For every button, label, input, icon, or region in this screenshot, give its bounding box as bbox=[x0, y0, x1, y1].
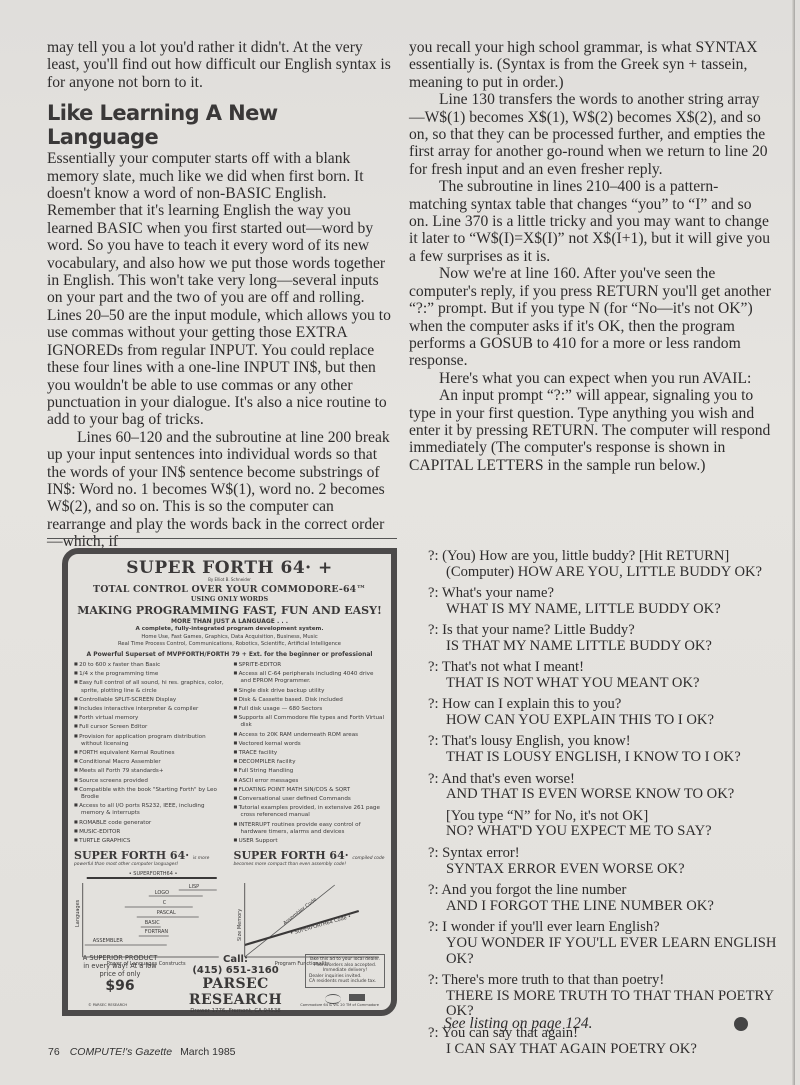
promo-line: A SUPERIOR PRODUCT bbox=[74, 954, 166, 962]
ad-headline: TOTAL CONTROL OVER YOUR COMMODORE-64™ bbox=[68, 584, 391, 595]
ad-fineprint: © PARSEC RESEARCH Commodore 64 & VIC 20 … bbox=[88, 1003, 379, 1007]
right-column: you recall your high school grammar, is … bbox=[409, 39, 771, 474]
claim-right: SUPER FORTH 64· compiled code becomes mo… bbox=[234, 849, 386, 867]
feature-item: Compatible with the book "Starting Forth… bbox=[74, 785, 226, 801]
left-column: may tell you a lot you'd rather it didn'… bbox=[47, 39, 395, 551]
sample-run: ?: (You) How are you, little buddy? [Hit… bbox=[428, 549, 783, 1063]
body-paragraph: An input prompt “?:” will appear, signal… bbox=[409, 387, 771, 474]
visa-logo-icon bbox=[349, 994, 365, 1001]
dealer-line: Phone orders also accepted. Immediate de… bbox=[309, 963, 381, 974]
feature-item: Tutorial examples provided, in extensive… bbox=[234, 803, 386, 819]
claim-right-tail: compiled code bbox=[352, 856, 384, 861]
feature-item: DECOMPILER facility bbox=[234, 757, 386, 766]
superforth-code-label: • SUPERFORTH64 Code • bbox=[289, 914, 351, 937]
ad-uses-line: Home Use, Fast Games, Graphics, Data Acq… bbox=[68, 634, 391, 641]
ad-copyright: © PARSEC RESEARCH bbox=[88, 1003, 127, 1007]
ad-subheadline: USING ONLY WORDS bbox=[68, 595, 391, 603]
label-c: C bbox=[163, 900, 167, 906]
ad-divider-rule bbox=[47, 538, 397, 539]
claim-left-sub: powerful than most other computer langua… bbox=[74, 862, 226, 867]
ad-trademark: Commodore 64 & VIC 20 TM of Commodore bbox=[300, 1003, 379, 1007]
feature-list-left: 20 to 600 x faster than Basic1/4 x the p… bbox=[74, 660, 226, 845]
see-listing-note: See listing on page 124. bbox=[444, 1015, 593, 1033]
label-lisp: LISP bbox=[189, 884, 199, 890]
dialogue-entry: ?: Is that your name? Little Buddy?IS TH… bbox=[428, 623, 783, 655]
feature-item: Conditional Macro Assembler bbox=[74, 757, 226, 766]
user-input: ?: (You) How are you, little buddy? [Hit… bbox=[428, 549, 783, 565]
label-basic: BASIC bbox=[145, 920, 160, 926]
page-number: 76 bbox=[48, 1046, 60, 1058]
feature-item: Conversational user defined Commands bbox=[234, 794, 386, 803]
magazine-name: COMPUTE!'s Gazette bbox=[70, 1046, 172, 1058]
dialogue-entry: ?: That's lousy English, you know!THAT I… bbox=[428, 734, 783, 766]
assembler-code-label: Assembler Code bbox=[282, 897, 318, 927]
feature-item: 1/4 x the programming time bbox=[74, 669, 226, 678]
feature-item: Easy full control of all sound, hi res. … bbox=[74, 678, 226, 694]
label-assembler: ASSEMBLER bbox=[93, 938, 124, 944]
user-input: ?: Is that your name? Little Buddy? bbox=[428, 623, 783, 639]
page-edge-shadow bbox=[792, 0, 795, 1085]
feature-item: Full cursor Screen Editor bbox=[74, 722, 226, 731]
gazette-end-mark-icon bbox=[734, 1017, 748, 1031]
dialogue-entry: ?: That's not what I meant!THAT IS NOT W… bbox=[428, 660, 783, 692]
dialogue-entry: ?: How can I explain this to you?HOW CAN… bbox=[428, 697, 783, 729]
feature-item: Supports all Commodore file types and Fo… bbox=[234, 713, 386, 729]
feature-item: Access all C-64 peripherals including 40… bbox=[234, 669, 386, 685]
claim-left-tail: is more bbox=[193, 856, 209, 861]
claim-left-head: SUPER FORTH 64· bbox=[74, 849, 189, 862]
company-address: Drawer 1776, Fremont, CA 94538 bbox=[166, 1008, 305, 1014]
claim-right-sub: becomes more compact than even assembly … bbox=[234, 862, 386, 867]
section-heading: Like Learning A New Language bbox=[47, 101, 395, 149]
body-paragraph: you recall your high school grammar, is … bbox=[409, 39, 771, 91]
y-axis-label: Size Memory bbox=[236, 909, 242, 941]
ad-tagline-2: A complete, fully-integrated program dev… bbox=[68, 626, 391, 632]
dialogue-entry: ?: What's your name?WHAT IS MY NAME, LIT… bbox=[428, 586, 783, 618]
ad-claims: SUPER FORTH 64· is more powerful than mo… bbox=[68, 849, 391, 867]
user-input: ?: Syntax error! bbox=[428, 846, 783, 862]
super-forth-advertisement: SUPER FORTH 64· + By Elliot B. Schneider… bbox=[62, 548, 397, 1016]
computer-response: AND THAT IS EVEN WORSE KNOW TO OK? bbox=[428, 787, 783, 803]
y-axis-label: Languages bbox=[75, 900, 81, 928]
feature-item: Forth virtual memory bbox=[74, 713, 226, 722]
computer-response: NO? WHAT'D YOU EXPECT ME TO SAY? bbox=[428, 824, 783, 840]
dealer-line: CA residents must include tax. bbox=[309, 979, 381, 985]
ad-uses: Home Use, Fast Games, Graphics, Data Acq… bbox=[68, 634, 391, 648]
feature-item: TRACE facility bbox=[234, 748, 386, 757]
feature-item: TURTLE GRAPHICS bbox=[74, 836, 226, 845]
claim-right-head: SUPER FORTH 64· bbox=[234, 849, 349, 862]
dialogue-entry: ?: And that's even worse!AND THAT IS EVE… bbox=[428, 772, 783, 804]
feature-item: Meets all Forth 79 standards+ bbox=[74, 766, 226, 775]
issue-date: March 1985 bbox=[180, 1046, 235, 1058]
dialogue-entry: ?: (You) How are you, little buddy? [Hit… bbox=[428, 549, 783, 581]
dealer-line: Take this ad to your local dealer. bbox=[309, 957, 381, 963]
user-input: ?: I wonder if you'll ever learn English… bbox=[428, 920, 783, 936]
computer-response: AND I FORGOT THE LINE NUMBER OK? bbox=[428, 899, 783, 915]
user-input: ?: That's not what I meant! bbox=[428, 660, 783, 676]
feature-item: Includes interactive interpreter & compi… bbox=[74, 704, 226, 713]
feature-item: ROMABLE code generator bbox=[74, 818, 226, 827]
ad-feature-columns: 20 to 600 x faster than Basic1/4 x the p… bbox=[68, 660, 391, 845]
feature-item: Source screens provided bbox=[74, 776, 226, 785]
feature-item: Single disk drive backup utility bbox=[234, 686, 386, 695]
user-input: ?: That's lousy English, you know! bbox=[428, 734, 783, 750]
claim-left: SUPER FORTH 64· is more powerful than mo… bbox=[74, 849, 226, 867]
ad-title: SUPER FORTH 64· + bbox=[68, 558, 391, 578]
label-fortran: FORTRAN bbox=[145, 929, 169, 935]
user-input: ?: There's more truth to that than poetr… bbox=[428, 973, 783, 989]
price: $96 bbox=[74, 982, 166, 990]
body-paragraph: The subroutine in lines 210–400 is a pat… bbox=[409, 178, 771, 265]
feature-item: Disk & Cassette based. Disk included bbox=[234, 695, 386, 704]
computer-response: WHAT IS MY NAME, LITTLE BUDDY OK? bbox=[428, 602, 783, 618]
label-logo: LOGO bbox=[155, 890, 169, 896]
user-input: ?: How can I explain this to you? bbox=[428, 697, 783, 713]
feature-list-right: SPRITE-EDITORAccess all C-64 peripherals… bbox=[234, 660, 386, 845]
label-pascal: PASCAL bbox=[157, 910, 176, 916]
computer-response: THAT IS LOUSY ENGLISH, I KNOW TO I OK? bbox=[428, 750, 783, 766]
feature-item: Access to 20K RAM underneath ROM areas bbox=[234, 730, 386, 739]
ad-byline: By Elliot B. Schneider bbox=[68, 577, 391, 582]
intro-paragraph: may tell you a lot you'd rather it didn'… bbox=[47, 39, 395, 91]
promo-line: price of only bbox=[74, 970, 166, 978]
user-note: [You type “N” for No, it's not OK] bbox=[428, 809, 783, 825]
feature-item: INTERRUPT routines provide easy control … bbox=[234, 820, 386, 836]
computer-response: (Computer) HOW ARE YOU, LITTLE BUDDY OK? bbox=[428, 565, 783, 581]
magazine-page: may tell you a lot you'd rather it didn'… bbox=[0, 0, 800, 1085]
user-input: ?: What's your name? bbox=[428, 586, 783, 602]
feature-item: Provision for application program distri… bbox=[74, 732, 226, 748]
feature-item: SPRITE-EDITOR bbox=[234, 660, 386, 669]
body-paragraph: Now we're at line 160. After you've seen… bbox=[409, 265, 771, 369]
dialogue-entry: ?: Syntax error!SYNTAX ERROR EVEN WORSE … bbox=[428, 846, 783, 878]
feature-item: Access to all I/O ports RS232, IEEE, inc… bbox=[74, 801, 226, 817]
user-input: ?: And you forgot the line number bbox=[428, 883, 783, 899]
dialogue-entry: [You type “N” for No, it's not OK]NO? WH… bbox=[428, 809, 783, 841]
dealer-box: Take this ad to your local dealer. Phone… bbox=[305, 954, 385, 988]
body-paragraph: Essentially your computer starts off wit… bbox=[47, 150, 395, 429]
feature-item: USER Support bbox=[234, 836, 386, 845]
user-input: ?: And that's even worse! bbox=[428, 772, 783, 788]
feature-item: Controllable SPLIT-SCREEN Display bbox=[74, 695, 226, 704]
computer-response: YOU WONDER IF YOU'LL EVER LEARN ENGLISH … bbox=[428, 936, 783, 968]
feature-item: FORTH equivalent Kernal Routines bbox=[74, 748, 226, 757]
ad-superset-line: A Powerful Superset of MVPFORTH/FORTH 79… bbox=[68, 651, 391, 658]
body-paragraph: Lines 60–120 and the subroutine at line … bbox=[47, 429, 395, 551]
computer-response: HOW CAN YOU EXPLAIN THIS TO I OK? bbox=[428, 713, 783, 729]
label-superforth: • SUPERFORTH64 • bbox=[129, 871, 178, 877]
computer-response: SYNTAX ERROR EVEN WORSE OK? bbox=[428, 862, 783, 878]
ad-tagline: MORE THAN JUST A LANGUAGE . . . bbox=[68, 618, 391, 625]
feature-item: FLOATING POINT MATH SIN/COS & SQRT bbox=[234, 785, 386, 794]
call-label: Call: bbox=[166, 954, 305, 965]
computer-response: THAT IS NOT WHAT YOU MEANT OK? bbox=[428, 676, 783, 692]
feature-item: Full String Handling bbox=[234, 766, 386, 775]
body-paragraph: Line 130 transfers the words to another … bbox=[409, 91, 771, 178]
computer-response: I CAN SAY THAT AGAIN POETRY OK? bbox=[428, 1042, 783, 1058]
body-paragraph: Here's what you can expect when you run … bbox=[409, 370, 771, 387]
phone-number: (415) 651-3160 bbox=[166, 965, 305, 976]
ad-uses-line: Real Time Process Control, Communication… bbox=[68, 641, 391, 648]
feature-item: Full disk usage — 680 Sectors bbox=[234, 704, 386, 713]
computer-response: IS THAT MY NAME LITTLE BUDDY OK? bbox=[428, 639, 783, 655]
promo-line: in every way! At a low bbox=[74, 962, 166, 970]
feature-item: Vectored kernal words bbox=[234, 739, 386, 748]
dialogue-entry: ?: There's more truth to that than poetr… bbox=[428, 973, 783, 1020]
dialogue-entry: ?: I wonder if you'll ever learn English… bbox=[428, 920, 783, 967]
feature-item: 20 to 600 x faster than Basic bbox=[74, 660, 226, 669]
feature-item: MUSIC-EDITOR bbox=[74, 827, 226, 836]
ad-headline-2: MAKING PROGRAMMING FAST, FUN AND EASY! bbox=[68, 604, 391, 617]
dialogue-entry: ?: And you forgot the line numberAND I F… bbox=[428, 883, 783, 915]
feature-item: ASCII error messages bbox=[234, 776, 386, 785]
page-footer: 76COMPUTE!'s GazetteMarch 1985 bbox=[48, 1046, 236, 1058]
